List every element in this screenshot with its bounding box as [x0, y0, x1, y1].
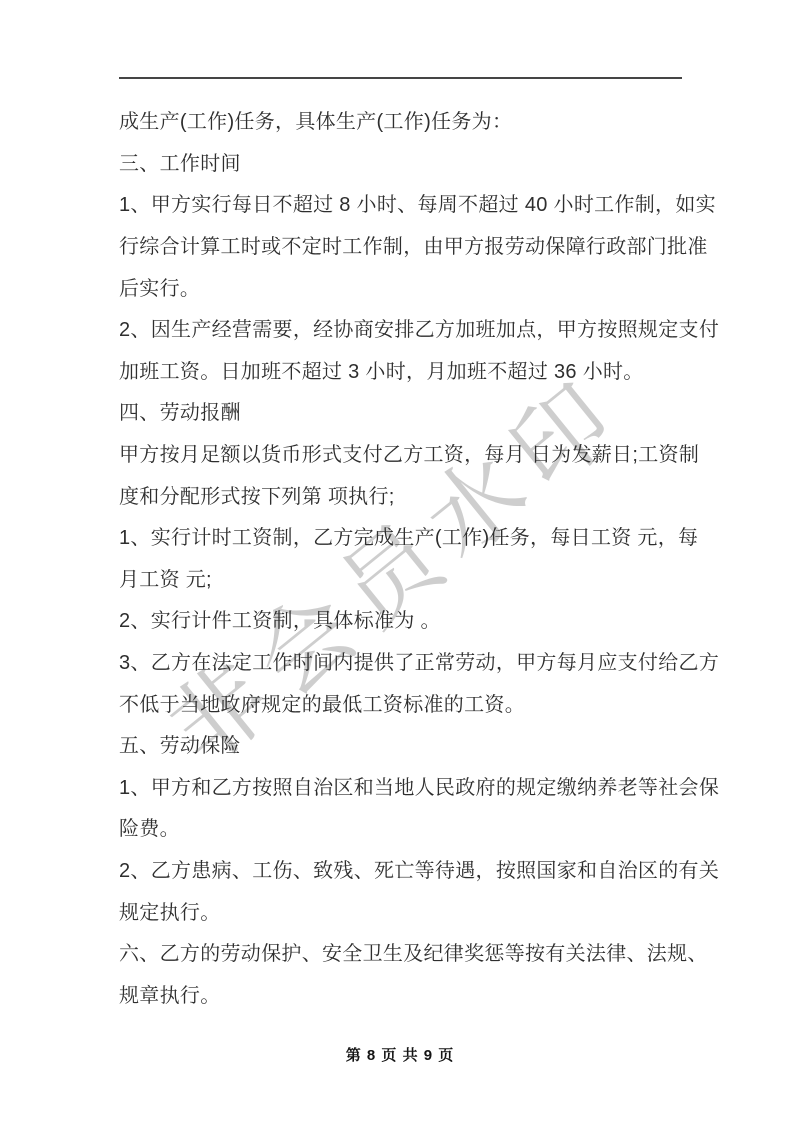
- document-line: 五、劳动保险: [119, 723, 691, 765]
- document-line: 2、乙方患病、工伤、致残、死亡等待遇，按照国家和自治区的有关: [119, 848, 691, 890]
- document-line: 行综合计算工时或不定时工作制，由甲方报劳动保障行政部门批准: [119, 224, 691, 266]
- document-line: 月工资 元;: [119, 557, 691, 599]
- document-page: 非会员水印 成生产(工作)任务，具体生产(工作)任务为： 三、工作时间 1、甲方…: [0, 0, 800, 1131]
- document-line: 成生产(工作)任务，具体生产(工作)任务为：: [119, 99, 691, 141]
- document-line: 六、乙方的劳动保护、安全卫生及纪律奖惩等按有关法律、法规、: [119, 931, 691, 973]
- document-line: 不低于当地政府规定的最低工资标准的工资。: [119, 681, 691, 723]
- document-body: 成生产(工作)任务，具体生产(工作)任务为： 三、工作时间 1、甲方实行每日不超…: [119, 99, 691, 1014]
- document-line: 3、乙方在法定工作时间内提供了正常劳动，甲方每月应支付给乙方: [119, 640, 691, 682]
- document-line: 度和分配形式按下列第 项执行;: [119, 473, 691, 515]
- document-line: 四、劳动报酬: [119, 390, 691, 432]
- document-line: 1、甲方实行每日不超过 8 小时、每周不超过 40 小时工作制，如实: [119, 182, 691, 224]
- document-line: 甲方按月足额以货币形式支付乙方工资，每月 日为发薪日;工资制: [119, 432, 691, 474]
- document-line: 2、实行计件工资制，具体标准为 。: [119, 598, 691, 640]
- document-line: 规定执行。: [119, 889, 691, 931]
- document-line: 险费。: [119, 806, 691, 848]
- document-line: 1、实行计时工资制，乙方完成生产(工作)任务，每日工资 元，每: [119, 515, 691, 557]
- document-line: 后实行。: [119, 265, 691, 307]
- page-number-footer: 第 8 页 共 9 页: [0, 1044, 800, 1065]
- header-separator-line: [119, 77, 682, 79]
- document-line: 规章执行。: [119, 972, 691, 1014]
- document-line: 三、工作时间: [119, 141, 691, 183]
- document-line: 加班工资。日加班不超过 3 小时，月加班不超过 36 小时。: [119, 349, 691, 391]
- document-line: 2、因生产经营需要，经协商安排乙方加班加点，甲方按照规定支付: [119, 307, 691, 349]
- document-line: 1、甲方和乙方按照自治区和当地人民政府的规定缴纳养老等社会保: [119, 765, 691, 807]
